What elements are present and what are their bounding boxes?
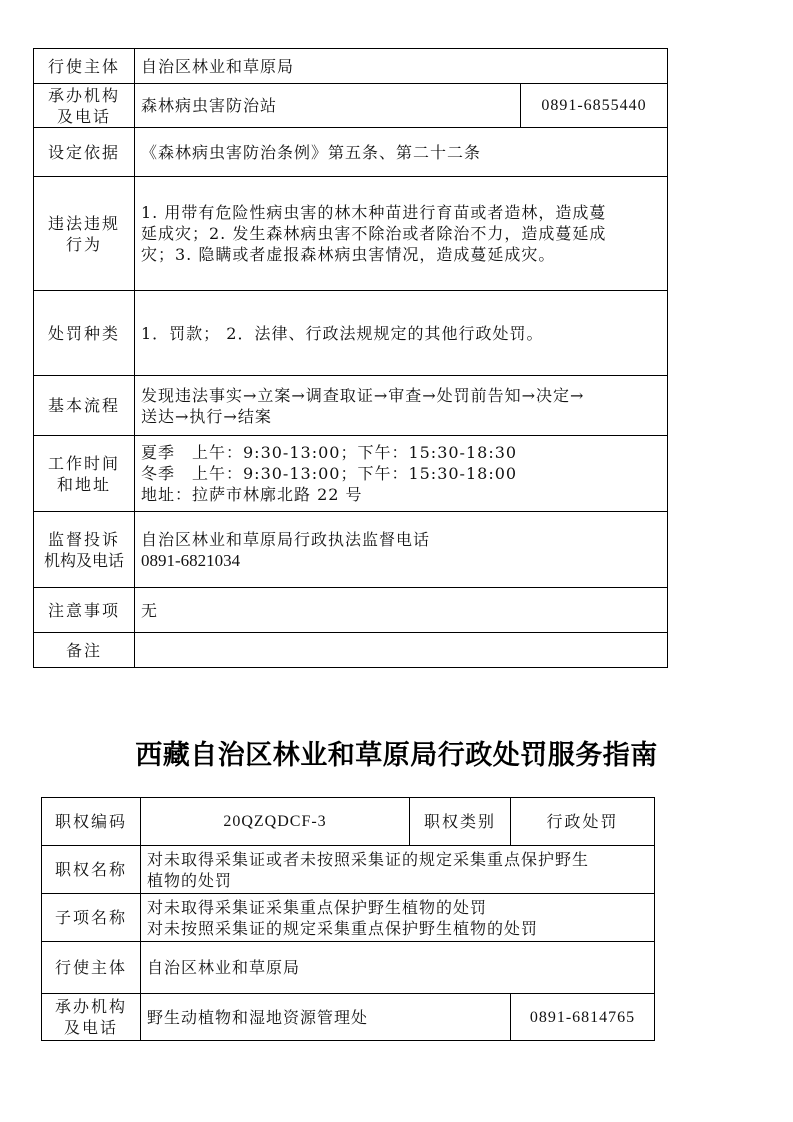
penalty-types-value: 1．罚款； 2．法律、行政法规规定的其他行政处罚。 xyxy=(135,291,668,376)
code-value: 20QZQDCF-3 xyxy=(141,798,410,846)
row-label: 承办机构 及电话 xyxy=(34,84,135,128)
row-label: 行使主体 xyxy=(42,942,141,994)
row-label: 基本流程 xyxy=(34,376,135,436)
category-value: 行政处罚 xyxy=(511,798,655,846)
executing-body-value: 自治区林业和草原局 xyxy=(135,49,668,84)
table-row: 行使主体 自治区林业和草原局 xyxy=(42,942,655,994)
notes-value: 无 xyxy=(135,588,668,633)
row-label: 注意事项 xyxy=(34,588,135,633)
label-line: 行为 xyxy=(36,234,132,255)
table-row: 违法违规 行为 1. 用带有危险性病虫害的林木种苗进行育苗或者造林，造成蔓 延成… xyxy=(34,177,668,291)
table-row: 监督投诉 机构及电话 自治区林业和草原局行政执法监督电话 0891-682103… xyxy=(34,512,668,588)
label-line: 工作时间 xyxy=(36,453,132,474)
table-row: 子项名称 对未取得采集证采集重点保护野生植物的处罚 对未按照采集证的规定采集重点… xyxy=(42,894,655,942)
value-line: 发现违法事实→立案→调查取证→审查→处罚前告知→决定→ xyxy=(141,385,661,406)
label-line: 和地址 xyxy=(36,474,132,495)
value-line: 自治区林业和草原局行政执法监督电话 xyxy=(141,529,661,550)
row-label: 行使主体 xyxy=(34,49,135,84)
label-line: 监督投诉 xyxy=(36,529,132,550)
category-label: 职权类别 xyxy=(410,798,511,846)
address: 地址：拉萨市林廓北路 22 号 xyxy=(141,484,661,505)
authority-name-value: 对未取得采集证或者未按照采集证的规定采集重点保护野生 植物的处罚 xyxy=(141,846,655,894)
executing-body-value: 自治区林业和草原局 xyxy=(141,942,655,994)
service-guide-table: 职权编码 20QZQDCF-3 职权类别 行政处罚 职权名称 对未取得采集证或者… xyxy=(41,797,655,1041)
remarks-value xyxy=(135,633,668,668)
value-line: 灾；3. 隐瞒或者虚报森林病虫害情况，造成蔓延成灾。 xyxy=(141,244,661,265)
row-label: 监督投诉 机构及电话 xyxy=(34,512,135,588)
table-row: 职权名称 对未取得采集证或者未按照采集证的规定采集重点保护野生 植物的处罚 xyxy=(42,846,655,894)
table-row: 承办机构 及电话 森林病虫害防治站 0891-6855440 xyxy=(34,84,668,128)
value-line: 延成灾；2. 发生森林病虫害不除治或者除治不力，造成蔓延成 xyxy=(141,223,661,244)
value-line: 植物的处罚 xyxy=(147,870,648,891)
row-label: 设定依据 xyxy=(34,128,135,177)
row-label: 承办机构 及电话 xyxy=(42,994,141,1041)
row-label: 工作时间 和地址 xyxy=(34,436,135,512)
value-line: 对未取得采集证采集重点保护野生植物的处罚 xyxy=(147,897,648,918)
label-line: 及电话 xyxy=(36,106,132,127)
legal-basis-value: 《森林病虫害防治条例》第五条、第二十二条 xyxy=(135,128,668,177)
table-row: 行使主体 自治区林业和草原局 xyxy=(34,49,668,84)
value-line: 对未取得采集证或者未按照采集证的规定采集重点保护野生 xyxy=(147,849,648,870)
supervision-phone: 0891-6821034 xyxy=(141,550,661,571)
table-row: 设定依据 《森林病虫害防治条例》第五条、第二十二条 xyxy=(34,128,668,177)
label-line: 及电话 xyxy=(44,1017,138,1038)
handling-agency-phone: 0891-6855440 xyxy=(521,84,668,128)
winter-hours: 冬季 上午：9:30-13:00；下午：15:30-18:00 xyxy=(141,463,661,484)
table-row: 工作时间 和地址 夏季 上午：9:30-13:00；下午：15:30-18:30… xyxy=(34,436,668,512)
row-label: 违法违规 行为 xyxy=(34,177,135,291)
value-line: 对未按照采集证的规定采集重点保护野生植物的处罚 xyxy=(147,918,648,939)
label-line: 承办机构 xyxy=(44,996,138,1017)
basic-process-value: 发现违法事实→立案→调查取证→审查→处罚前告知→决定→ 送达→执行→结案 xyxy=(135,376,668,436)
code-label: 职权编码 xyxy=(42,798,141,846)
label-line: 违法违规 xyxy=(36,213,132,234)
table-row: 处罚种类 1．罚款； 2．法律、行政法规规定的其他行政处罚。 xyxy=(34,291,668,376)
table-row: 职权编码 20QZQDCF-3 职权类别 行政处罚 xyxy=(42,798,655,846)
handling-agency-phone: 0891-6814765 xyxy=(511,994,655,1041)
summer-hours: 夏季 上午：9:30-13:00；下午：15:30-18:30 xyxy=(141,442,661,463)
label-line: 机构及电话 xyxy=(36,550,132,571)
row-label: 处罚种类 xyxy=(34,291,135,376)
row-label: 备注 xyxy=(34,633,135,668)
table-row: 备注 xyxy=(34,633,668,668)
value-line: 送达→执行→结案 xyxy=(141,406,661,427)
sub-item-value: 对未取得采集证采集重点保护野生植物的处罚 对未按照采集证的规定采集重点保护野生植… xyxy=(141,894,655,942)
handling-agency-value: 野生动植物和湿地资源管理处 xyxy=(141,994,511,1041)
violations-value: 1. 用带有危险性病虫害的林木种苗进行育苗或者造林，造成蔓 延成灾；2. 发生森… xyxy=(135,177,668,291)
table-row: 基本流程 发现违法事实→立案→调查取证→审查→处罚前告知→决定→ 送达→执行→结… xyxy=(34,376,668,436)
supervision-value: 自治区林业和草原局行政执法监督电话 0891-6821034 xyxy=(135,512,668,588)
row-label: 子项名称 xyxy=(42,894,141,942)
label-line: 承办机构 xyxy=(36,85,132,106)
service-guide-table-continued: 行使主体 自治区林业和草原局 承办机构 及电话 森林病虫害防治站 0891-68… xyxy=(33,48,668,668)
value-line: 1. 用带有危险性病虫害的林木种苗进行育苗或者造林，造成蔓 xyxy=(141,202,661,223)
table-row: 承办机构 及电话 野生动植物和湿地资源管理处 0891-6814765 xyxy=(42,994,655,1041)
hours-address-value: 夏季 上午：9:30-13:00；下午：15:30-18:30 冬季 上午：9:… xyxy=(135,436,668,512)
handling-agency-value: 森林病虫害防治站 xyxy=(135,84,521,128)
page-title: 西藏自治区林业和草原局行政处罚服务指南 xyxy=(0,733,793,772)
row-label: 职权名称 xyxy=(42,846,141,894)
table-row: 注意事项 无 xyxy=(34,588,668,633)
